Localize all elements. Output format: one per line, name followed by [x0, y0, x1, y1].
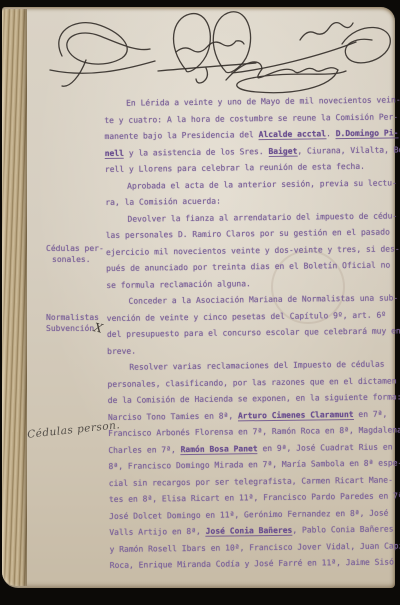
signature-top-left-ink — [50, 23, 155, 87]
margin-note-cedulas: Cédulas per- sonales. — [46, 243, 104, 265]
margin-note-line: sonales. — [46, 254, 104, 265]
margin-note-line: Cédulas per- — [46, 243, 104, 254]
scanned-document-photo: En Lérida a veinte y uno de Mayo de mil … — [0, 0, 400, 605]
signature-center-flourish-ink — [158, 62, 346, 93]
signature-top-right-ink — [232, 23, 390, 73]
typed-text: En Lérida a veinte y uno de Mayo de mil … — [104, 92, 400, 574]
margin-note-line: Subvención — [46, 323, 99, 334]
margin-note-line: Normalistas — [46, 312, 99, 323]
signatures-block — [0, 0, 400, 100]
margin-note-subvencion: Normalistas Subvención — [46, 312, 99, 334]
